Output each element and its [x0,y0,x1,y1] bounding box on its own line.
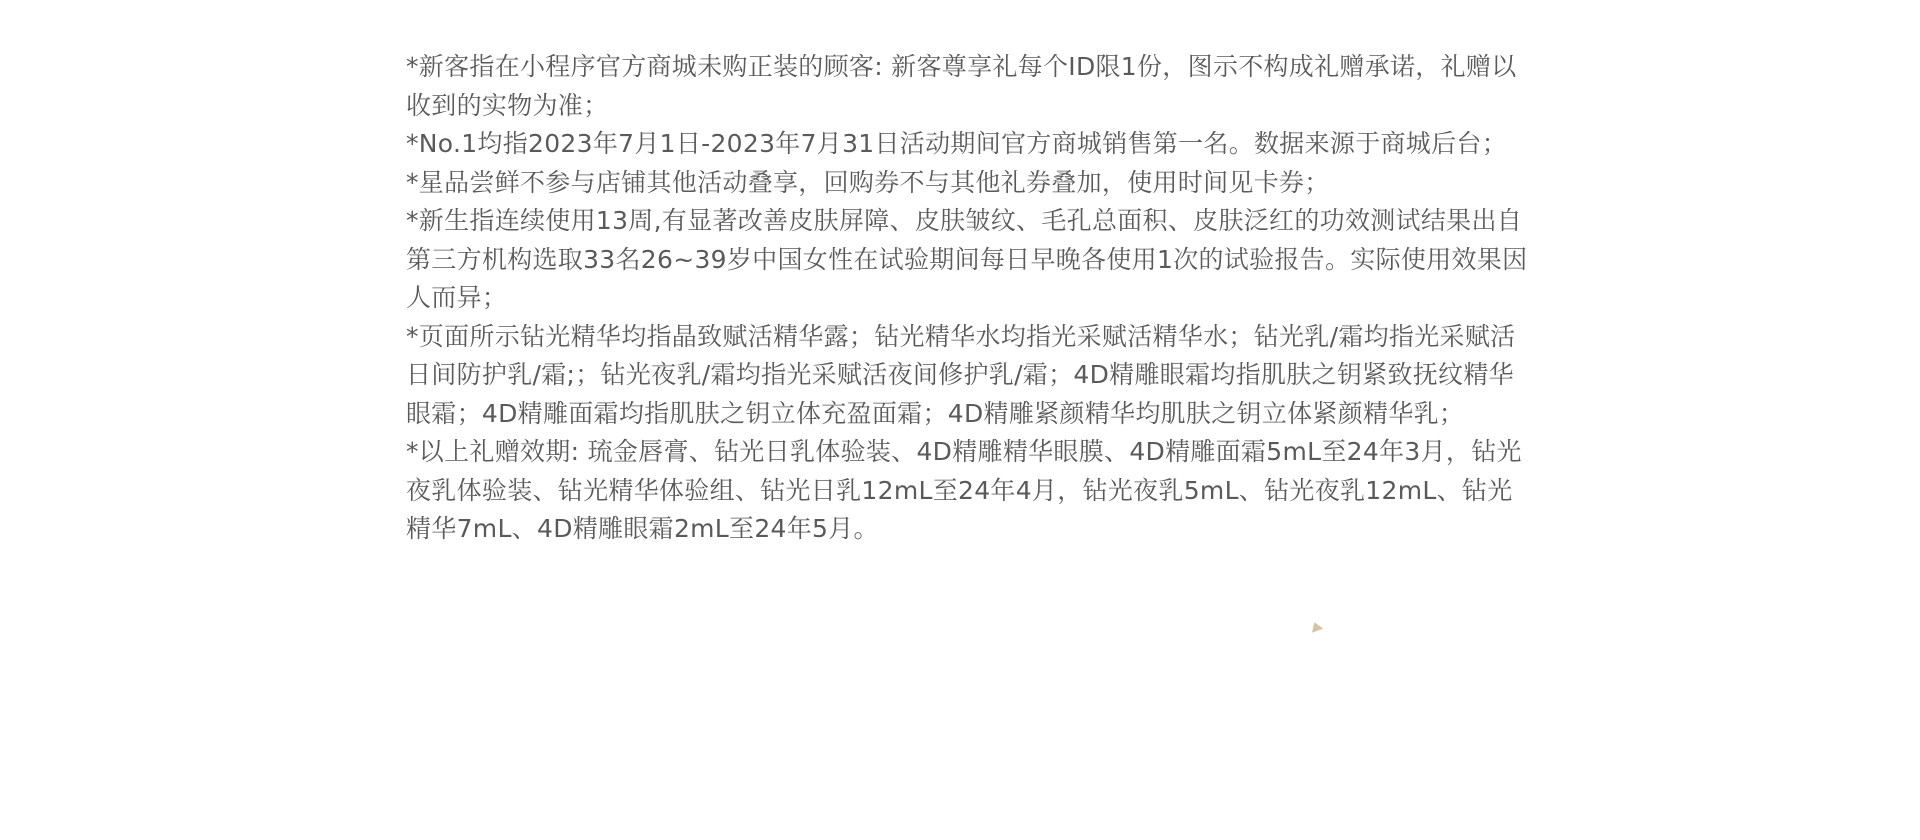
note-gift-expiry: *以上礼赠效期: 琉金唇膏、钻光日乳体验装、4D精雕精华眼膜、4D精雕面霜5mL… [406,433,1530,549]
note-trial-coupon: *星品尝鲜不参与店铺其他活动叠享，回购券不与其他礼券叠加，使用时间见卡券； [406,164,1530,203]
note-new-customer: *新客指在小程序官方商城未购正装的顾客: 新客尊享礼每个ID限1份，图示不构成礼… [406,48,1530,125]
disclaimer-notes: *新客指在小程序官方商城未购正装的顾客: 新客尊享礼每个ID限1份，图示不构成礼… [406,48,1530,549]
note-efficacy-test: *新生指连续使用13周,有显著改善皮肤屏障、皮肤皱纹、毛孔总面积、皮肤泛红的功效… [406,202,1530,318]
decorative-fragment-icon [1309,620,1323,633]
note-product-names: *页面所示钻光精华均指晶致赋活精华露；钻光精华水均指光采赋活精华水；钻光乳/霜均… [406,318,1530,434]
note-no1-claim: *No.1均指2023年7月1日-2023年7月31日活动期间官方商城销售第一名… [406,125,1530,164]
